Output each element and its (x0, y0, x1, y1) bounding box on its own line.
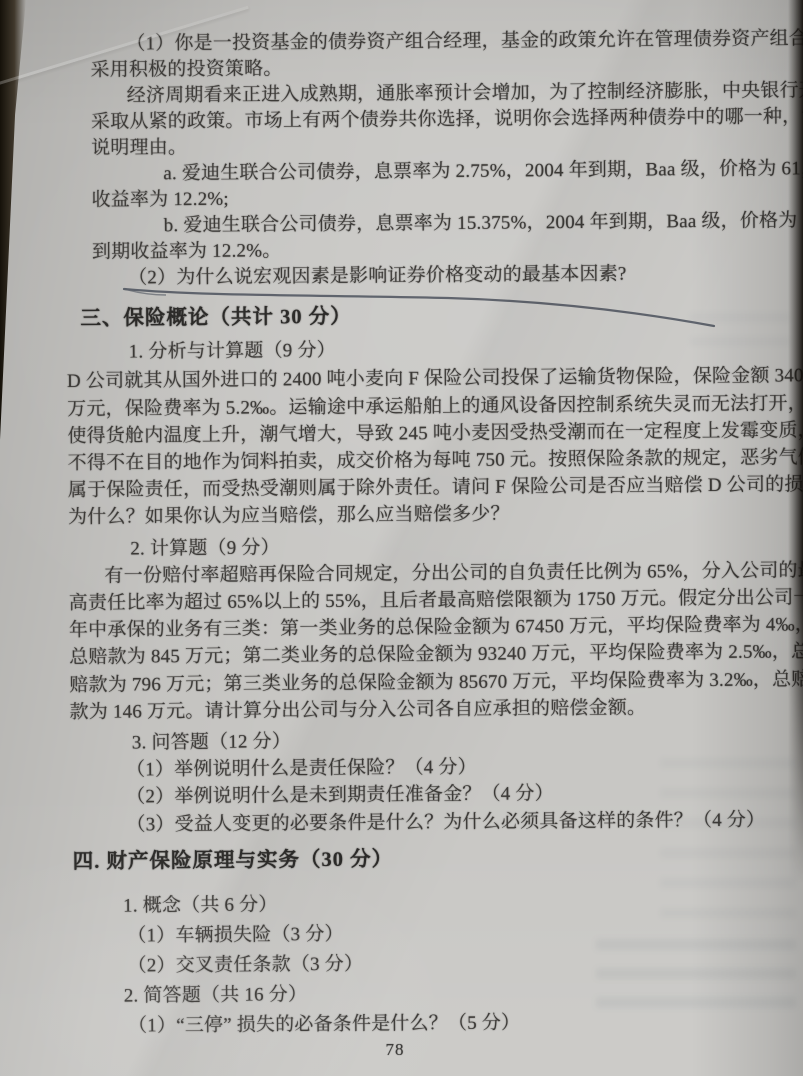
section-heading: 三、保险概论（共计 30 分） (80, 300, 799, 333)
section-heading: 四. 财产保险原理与实务（30 分） (73, 843, 803, 876)
text-line: 为什么？如果你认为应当赔偿，那么应当赔偿多少？ (68, 499, 801, 532)
text-line: （3）受益人变更的必要条件是什么？为什么必须具备这样的条件？（4 分） (70, 806, 803, 839)
page-edge-shadow-right (788, 0, 803, 920)
document-page: （1）你是一投资基金的债券资产组合经理，基金的政策允许在管理债券资产组合时 采用… (0, 0, 803, 1076)
text-line: 1. 分析与计算题（9 分） (67, 333, 800, 366)
page-number: 78 (0, 1040, 790, 1060)
text-line: 款为 146 万元。请计算分出公司与分入公司各自应承担的赔偿金额。 (69, 693, 802, 726)
page-text: （1）你是一投资基金的债券资产组合经理，基金的政策允许在管理债券资产组合时 采用… (0, 0, 803, 1043)
text-line: （1）“三停” 损失的必备条件是什么？（5 分） (72, 1006, 803, 1042)
text-line: （2）为什么说宏观因素是影响证券价格变动的最基本因素? (92, 260, 799, 292)
